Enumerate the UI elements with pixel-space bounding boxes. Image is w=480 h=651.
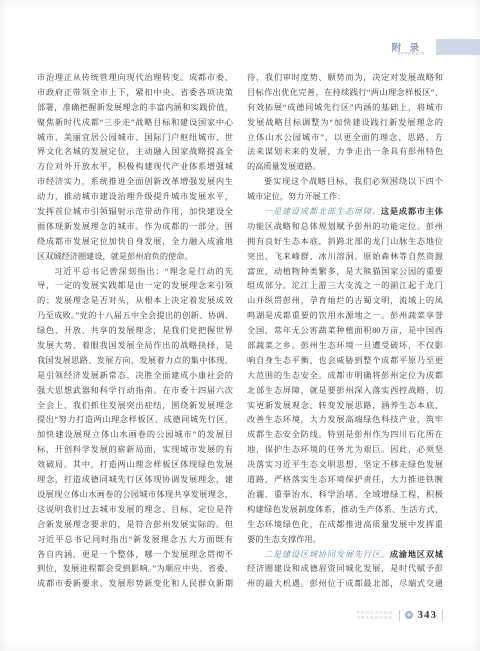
body-text: 要实现这个战略目标，我们必须围绕以下四个 <box>264 177 443 186</box>
text-line: 要实现这个战略目标，我们必须围绕以下四个 <box>247 175 443 190</box>
text-line: 效破局。其中，打造两山理念样板区体现绿色发展 <box>37 458 233 473</box>
text-line: 组成部分。沱江上游三大支流之一的湔江起于龙门 <box>247 279 443 294</box>
text-line: 市经济实力，系统推进全面创新改革增强发展内生 <box>37 175 233 190</box>
body-text: 经济圈建设和成德眉资同城化发展，是时代赋予彭 <box>247 564 443 573</box>
body-text: 合新发展理念要求的，是符合彭州发展实际的。但 <box>37 520 233 529</box>
yearbook-brand-bottom: YEARBOOK <box>357 615 394 621</box>
text-line: 成都市委新要求、发展形势新变化和人民群众新期 <box>37 577 233 592</box>
yearbook-emblem-icon <box>405 611 413 619</box>
body-text: 习近平总书记同时指出“新发展理念五大方面既有 <box>37 535 233 544</box>
body-text: 效破局。其中，打造两山理念样板区体现绿色发展 <box>37 460 233 469</box>
text-line: 界文化名城的发展定位，主动融入国家战略提高全 <box>37 145 233 160</box>
body-text: 待，我们审时度势、顺势而为，决定对发展战略和 <box>247 73 443 82</box>
body-text: 我国发展思路、发展方向、发展着力点的集中体现， <box>37 356 233 365</box>
body-text: 改善生态环境，大力发展高端绿色科技产业，筑牢 <box>247 415 443 424</box>
body-text: 响自身生态平衡，也会威胁到整个成都平原乃至更 <box>247 356 443 365</box>
text-line: 习近平总书记同时指出“新发展理念五大方面既有 <box>37 533 233 548</box>
emphasis-text: 成渝地区双城 <box>390 550 443 559</box>
body-text: 到位，发展进程都会受到影响。”为顺应中央、省委、 <box>37 564 233 573</box>
text-line: 拥有良好生态本底，斜跨北部的龙门山脉生态地位 <box>247 235 443 250</box>
body-text: 乃至成败。”党的十八届五中全会提出的创新、协调、 <box>37 311 233 320</box>
text-column-right: 待，我们审时度势、顺势而为，决定对发展战略和目标作出优化完善，在持续践行“两山理… <box>247 71 443 592</box>
text-line: 加快建设展现立体山水画卷的公园城市”的发展目 <box>37 428 233 443</box>
body-text: 功能区战略和总体规划赋予彭州的功能定位。彭州 <box>247 222 443 231</box>
text-line: 我国发展思路、发展方向、发展着力点的集中体现， <box>37 354 233 369</box>
text-line: 各自内涵，更是一个整体，哪一个发展理念贯彻不 <box>37 548 233 563</box>
text-line: 绿色、开放、共享的发展理念，是我们党把握世界 <box>37 324 233 339</box>
text-line: 城市定位，努力开展工作： <box>247 190 443 205</box>
body-text: 山并纵贯彭州，孕育灿烂的古蜀文明，流域上的凤 <box>247 296 443 305</box>
body-text: 习近平总书记曾深刻指出：“理念是行动的先 <box>54 267 233 276</box>
body-text: 全国，常年无公害蔬菜种植面积80万亩，是中国西 <box>247 326 443 335</box>
text-line: 聚焦新时代成都“三步走”战略目标和建设国家中心 <box>37 116 233 131</box>
body-text: 面体现新发展理念的城市。作为成都的一部分，围 <box>37 222 233 231</box>
text-line: 州的最大机遇。彭州位于成都最北部，尽端式交通 <box>247 577 443 592</box>
text-line: 突出，飞来峰群、冰川溶洞、原始森林等自然资源 <box>247 250 443 265</box>
text-line: 一是建设成都北部生态屏障。这是成都市主体 <box>247 205 443 220</box>
text-line: 法来谋划未来的发展，力争走出一条具有彭州特色 <box>247 145 443 160</box>
section-subtitle-en: APPENDIX <box>397 51 425 56</box>
text-line: 有效拓展“成德同城先行区”内涵的基础上，将城市 <box>247 101 443 116</box>
body-text: 地，保护生态环境的任务尤为艰巨。因此，必须坚 <box>247 445 443 454</box>
text-body: 市治理正从传统管理向现代治理转变。成都市委、市政府正带领全市上下，紧扣中央、省委… <box>37 71 443 592</box>
text-line: 部蔬菜之乡。彭州生态环境一旦遭受破坏，不仅影 <box>247 339 443 354</box>
text-line: 生态环境绿色化，在成都推进高质量发展中发挥重 <box>247 518 443 533</box>
text-line: 合新发展理念要求的，是符合彭州发展实际的。但 <box>37 518 233 533</box>
body-text: 全会上，我们抓住发展突出症结，围绕新发展理念 <box>37 401 233 410</box>
body-text: 城市、美丽宜居公园城市、国际门户枢纽城市、世 <box>37 133 233 142</box>
body-text: 突出，飞来峰群、冰川溶洞、原始森林等自然资源 <box>247 252 443 261</box>
body-text: 富庶，动植物种类繁多，是大熊猫国家公园的重要 <box>247 267 443 276</box>
text-line: 北部生态屏障，就是要彭州深入落实西控战略，切 <box>247 384 443 399</box>
text-line: 山并纵贯彭州，孕育灿烂的古蜀文明，流域上的凤 <box>247 294 443 309</box>
text-line: 区双城经济圈建设，就是彭州肩负的使命。 <box>37 250 233 265</box>
body-text: 法来谋划未来的发展，力争走出一条具有彭州特色 <box>247 147 443 156</box>
text-line: 市治理正从传统管理向现代治理转变。成都市委、 <box>37 71 233 86</box>
numbered-point-lead: 一是建设成都北部生态屏障。 <box>264 207 381 216</box>
body-text: 设展现立体山水画卷的公园城市体现共享发展理念， <box>37 490 233 499</box>
text-line: 发展战略目标调整为“加快建设践行新发展理念的 <box>247 116 443 131</box>
body-text: 决落实习近平生态文明思想，坚定不移走绿色发展 <box>247 460 443 469</box>
text-line: 鸣湖是成都重要的饮用水源地之一。彭州蔬菜享誉 <box>247 309 443 324</box>
text-column-left: 市治理正从传统管理向现代治理转变。成都市委、市政府正带领全市上下，紧扣中央、省委… <box>37 71 233 592</box>
text-line: 标，开创科学发展的崭新局面，实现城市发展的有 <box>37 443 233 458</box>
text-line: 目标作出优化完善，在持续践行“两山理念样板区”、 <box>247 86 443 101</box>
text-line: 城市、美丽宜居公园城市、国际门户枢纽城市、世 <box>37 131 233 146</box>
body-text: 发挥首位城市引领辐射示范带动作用，加快建设全 <box>37 207 233 216</box>
text-line: 发挥首位城市引领辐射示范带动作用，加快建设全 <box>37 205 233 220</box>
body-text: 各自内涵，更是一个整体，哪一个发展理念贯彻不 <box>37 550 233 559</box>
body-text: 州的最大机遇。彭州位于成都最北部，尽端式交通 <box>247 579 443 588</box>
text-line: 的高质量发展道路。 <box>247 160 443 175</box>
body-text: 成都生态安全防线。特别是彭州作为四川石化所在 <box>247 430 443 439</box>
body-text: 这说明我们过去城市发展的理念、目标、定位是符 <box>37 505 233 514</box>
body-text: 加快建设展现立体山水画卷的公园城市”的发展目 <box>37 430 233 439</box>
body-text: 方位对外开放水平，积极构建现代产业体系增强城 <box>37 162 233 171</box>
body-text: 发展战略目标调整为“加快建设践行新发展理念的 <box>247 118 443 127</box>
header-accent-bar <box>436 39 480 55</box>
body-text: 导，一定的发展实践都是由一定的发展理念来引领 <box>37 281 233 290</box>
text-line: 功能区战略和总体规划赋予彭州的功能定位。彭州 <box>247 220 443 235</box>
body-text: 绿色、开放、共享的发展理念，是我们党把握世界 <box>37 326 233 335</box>
body-text: 鸣湖是成都重要的饮用水源地之一。彭州蔬菜享誉 <box>247 311 443 320</box>
body-text: 动力，推动城市建设治理升级提升城市发展水平， <box>37 192 233 201</box>
text-line: 道路，严格落实生态环境保护责任，大力推进铁腕 <box>247 473 443 488</box>
body-text: 区双城经济圈建设，就是彭州肩负的使命。 <box>37 252 193 261</box>
body-text: 实更新发展观念、转变发展思路，涵养生态本底、 <box>247 401 443 410</box>
page-footer: PENGZHOU YEARBOOK 343 <box>357 608 443 622</box>
footer-divider <box>442 610 443 621</box>
body-text: 理念，打造成德同城先行区体现协调发展理念，建 <box>37 475 233 484</box>
text-line: 全国，常年无公害蔬菜种植面积80万亩，是中国西 <box>247 324 443 339</box>
text-line: 到位，发展进程都会受到影响。”为顺应中央、省委、 <box>37 562 233 577</box>
text-line: 面体现新发展理念的城市。作为成都的一部分，围 <box>37 220 233 235</box>
body-text: 城市定位，努力开展工作： <box>247 192 345 201</box>
body-text: 是引领经济发展新常态、决胜全面建成小康社会的 <box>37 371 233 380</box>
body-text: 市治理正从传统管理向现代治理转变。成都市委、 <box>37 73 233 82</box>
text-line: 导，一定的发展实践都是由一定的发展理念来引领 <box>37 279 233 294</box>
text-line: 乃至成败。”党的十八届五中全会提出的创新、协调、 <box>37 309 233 324</box>
text-line: 实更新发展观念、转变发展思路，涵养生态本底、 <box>247 399 443 414</box>
text-line: 方位对外开放水平，积极构建现代产业体系增强城 <box>37 160 233 175</box>
text-line: 全会上，我们抓住发展突出症结，围绕新发展理念 <box>37 399 233 414</box>
body-text: 绕成都市发展定位加快自身发展，全力融入成渝地 <box>37 237 233 246</box>
body-text: 生态环境绿色化，在成都推进高质量发展中发挥重 <box>247 520 443 529</box>
text-line: 强大思想武器和科学行动指南。在市委十四届六次 <box>37 384 233 399</box>
text-line: 绕成都市发展定位加快自身发展，全力融入成渝地 <box>37 235 233 250</box>
text-line: 要的生态支撑作用。 <box>247 533 443 548</box>
text-line: 构建绿色发展制度体系，推动生产体系、生活方式、 <box>247 503 443 518</box>
footer-divider <box>399 610 400 621</box>
body-text: 组成部分。沱江上游三大支流之一的湔江起于龙门 <box>247 281 443 290</box>
body-text: 界文化名城的发展定位，主动融入国家战略提高全 <box>37 147 233 156</box>
body-text: 治霾、重拳治水、科学治堵、全域增绿工程，积极 <box>247 490 443 499</box>
text-line: 治霾、重拳治水、科学治堵、全域增绿工程，积极 <box>247 488 443 503</box>
body-text: 要的生态支撑作用。 <box>247 535 321 544</box>
text-line: 理念，打造成德同城先行区体现协调发展理念，建 <box>37 473 233 488</box>
body-text: 发展大势、着眼我国发展全局作出的战略抉择，是 <box>37 341 233 350</box>
body-text: 聚焦新时代成都“三步走”战略目标和建设国家中心 <box>37 118 233 127</box>
body-text: 道路，严格落实生态环境保护责任，大力推进铁腕 <box>247 475 443 484</box>
text-line: 部署，准确把握新发展理念的丰富内涵和实践价值， <box>37 101 233 116</box>
body-text: 强大思想武器和科学行动指南。在市委十四届六次 <box>37 386 233 395</box>
body-text: 部蔬菜之乡。彭州生态环境一旦遭受破坏，不仅影 <box>247 341 443 350</box>
body-text: 立体山水公园城市”，以更全面的理念、思路、方 <box>247 133 443 142</box>
text-line: 待，我们审时度势、顺势而为，决定对发展战略和 <box>247 71 443 86</box>
text-line: 立体山水公园城市”，以更全面的理念、思路、方 <box>247 131 443 146</box>
text-line: 设展现立体山水画卷的公园城市体现共享发展理念， <box>37 488 233 503</box>
text-line: 改善生态环境，大力发展高端绿色科技产业，筑牢 <box>247 413 443 428</box>
emphasis-text: 这是成都市主体 <box>381 207 443 216</box>
text-line: 富庶，动植物种类繁多，是大熊猫国家公园的重要 <box>247 265 443 280</box>
text-line: 经济圈建设和成德眉资同城化发展，是时代赋予彭 <box>247 562 443 577</box>
body-text: 部署，准确把握新发展理念的丰富内涵和实践价值， <box>37 103 233 112</box>
body-text: 提出“努力打造两山理念样板区、成德同城先行区， <box>37 415 233 424</box>
body-text: 的；发展理念是否对头，从根本上决定着发展成效 <box>37 296 233 305</box>
text-line: 地，保护生态环境的任务尤为艰巨。因此，必须坚 <box>247 443 443 458</box>
page-number: 343 <box>418 609 438 621</box>
body-text: 大范围的生态安全。成都市明确将彭州定位为成都 <box>247 371 443 380</box>
body-text: 标，开创科学发展的崭新局面，实现城市发展的有 <box>37 445 233 454</box>
body-text: 拥有良好生态本底，斜跨北部的龙门山脉生态地位 <box>247 237 443 246</box>
yearbook-brand: PENGZHOU YEARBOOK <box>357 610 394 621</box>
body-text: 市政府正带领全市上下，紧扣中央、省委各项决策 <box>37 88 233 97</box>
body-text: 的高质量发展道路。 <box>247 162 321 171</box>
text-line: 的；发展理念是否对头，从根本上决定着发展成效 <box>37 294 233 309</box>
text-line: 提出“努力打造两山理念样板区、成德同城先行区， <box>37 413 233 428</box>
body-text: 成都市委新要求、发展形势新变化和人民群众新期 <box>37 579 233 588</box>
text-line: 成都生态安全防线。特别是彭州作为四川石化所在 <box>247 428 443 443</box>
numbered-point-lead: 二是建设区域协同发展先行区。 <box>264 550 390 559</box>
body-text: 目标作出优化完善，在持续践行“两山理念样板区”、 <box>247 88 443 97</box>
body-text: 有效拓展“成德同城先行区”内涵的基础上，将城市 <box>247 103 443 112</box>
text-line: 发展大势、着眼我国发展全局作出的战略抉择，是 <box>37 339 233 354</box>
text-line: 二是建设区域协同发展先行区。成渝地区双城 <box>247 548 443 563</box>
text-line: 市政府正带领全市上下，紧扣中央、省委各项决策 <box>37 86 233 101</box>
text-line: 这说明我们过去城市发展的理念、目标、定位是符 <box>37 503 233 518</box>
text-line: 大范围的生态安全。成都市明确将彭州定位为成都 <box>247 369 443 384</box>
text-line: 动力，推动城市建设治理升级提升城市发展水平， <box>37 190 233 205</box>
body-text: 北部生态屏障，就是要彭州深入落实西控战略，切 <box>247 386 443 395</box>
text-line: 决落实习近平生态文明思想，坚定不移走绿色发展 <box>247 458 443 473</box>
text-line: 响自身生态平衡，也会威胁到整个成都平原乃至更 <box>247 354 443 369</box>
document-page: 附 录 APPENDIX 市治理正从传统管理向现代治理转变。成都市委、市政府正带… <box>0 0 480 651</box>
body-text: 构建绿色发展制度体系，推动生产体系、生活方式、 <box>247 505 443 514</box>
text-line: 习近平总书记曾深刻指出：“理念是行动的先 <box>37 265 233 280</box>
body-text: 市经济实力，系统推进全面创新改革增强发展内生 <box>37 177 233 186</box>
text-line: 是引领经济发展新常态、决胜全面建成小康社会的 <box>37 369 233 384</box>
